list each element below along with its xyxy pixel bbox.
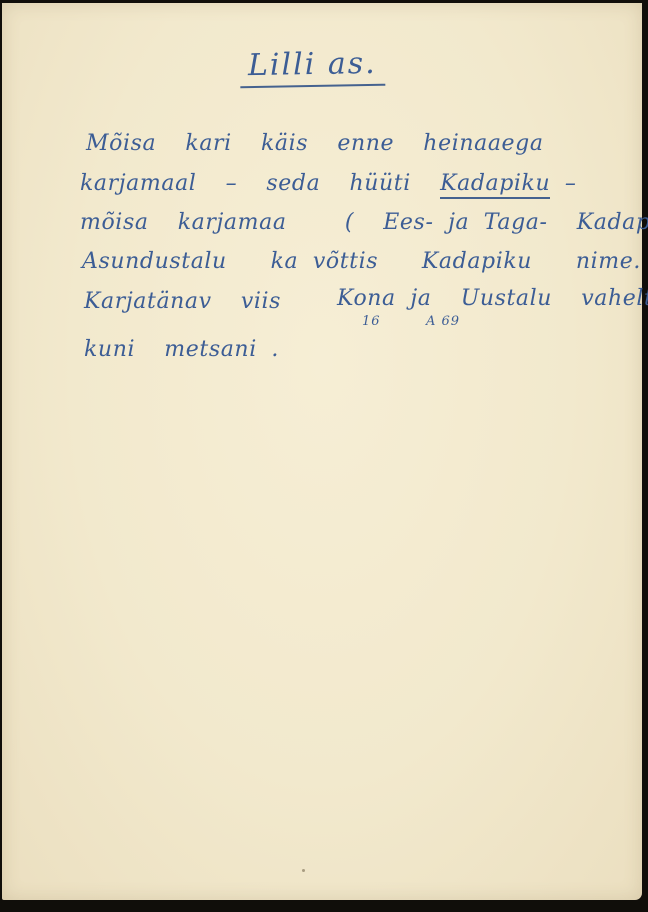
archive-code-annotation: A 69 [426,314,460,329]
line-2-pre: karjamaal – seda hüüti [80,171,440,196]
paper-speck [302,869,305,872]
handwritten-line-4: Asundustalu ka võttis Kadapiku nime. [82,249,641,274]
handwritten-line-6: kuni metsani . [84,337,279,362]
underlined-place-name: Kadapiku [440,171,550,199]
paper-card: Lilli as. Mõisa kari käis enne heinaaega… [2,3,642,900]
page-title: Lilli as. [240,46,385,89]
handwritten-line-2: karjamaal – seda hüüti Kadapiku – [80,171,576,196]
handwritten-line-5-left: Karjatänav viis [84,289,281,314]
scan-background: Lilli as. Mõisa kari käis enne heinaaega… [0,0,648,912]
line-2-post: – [550,171,576,196]
handwritten-line-3: mõisa karjamaa ( Ees- ja Taga- Kadapiku … [80,210,648,235]
handwritten-line-1: Mõisa kari käis enne heinaaega [86,131,544,156]
farm-number-annotation: 16 [362,314,381,329]
handwritten-line-5-right: Kona ja Uustalu vahelt [337,286,648,311]
